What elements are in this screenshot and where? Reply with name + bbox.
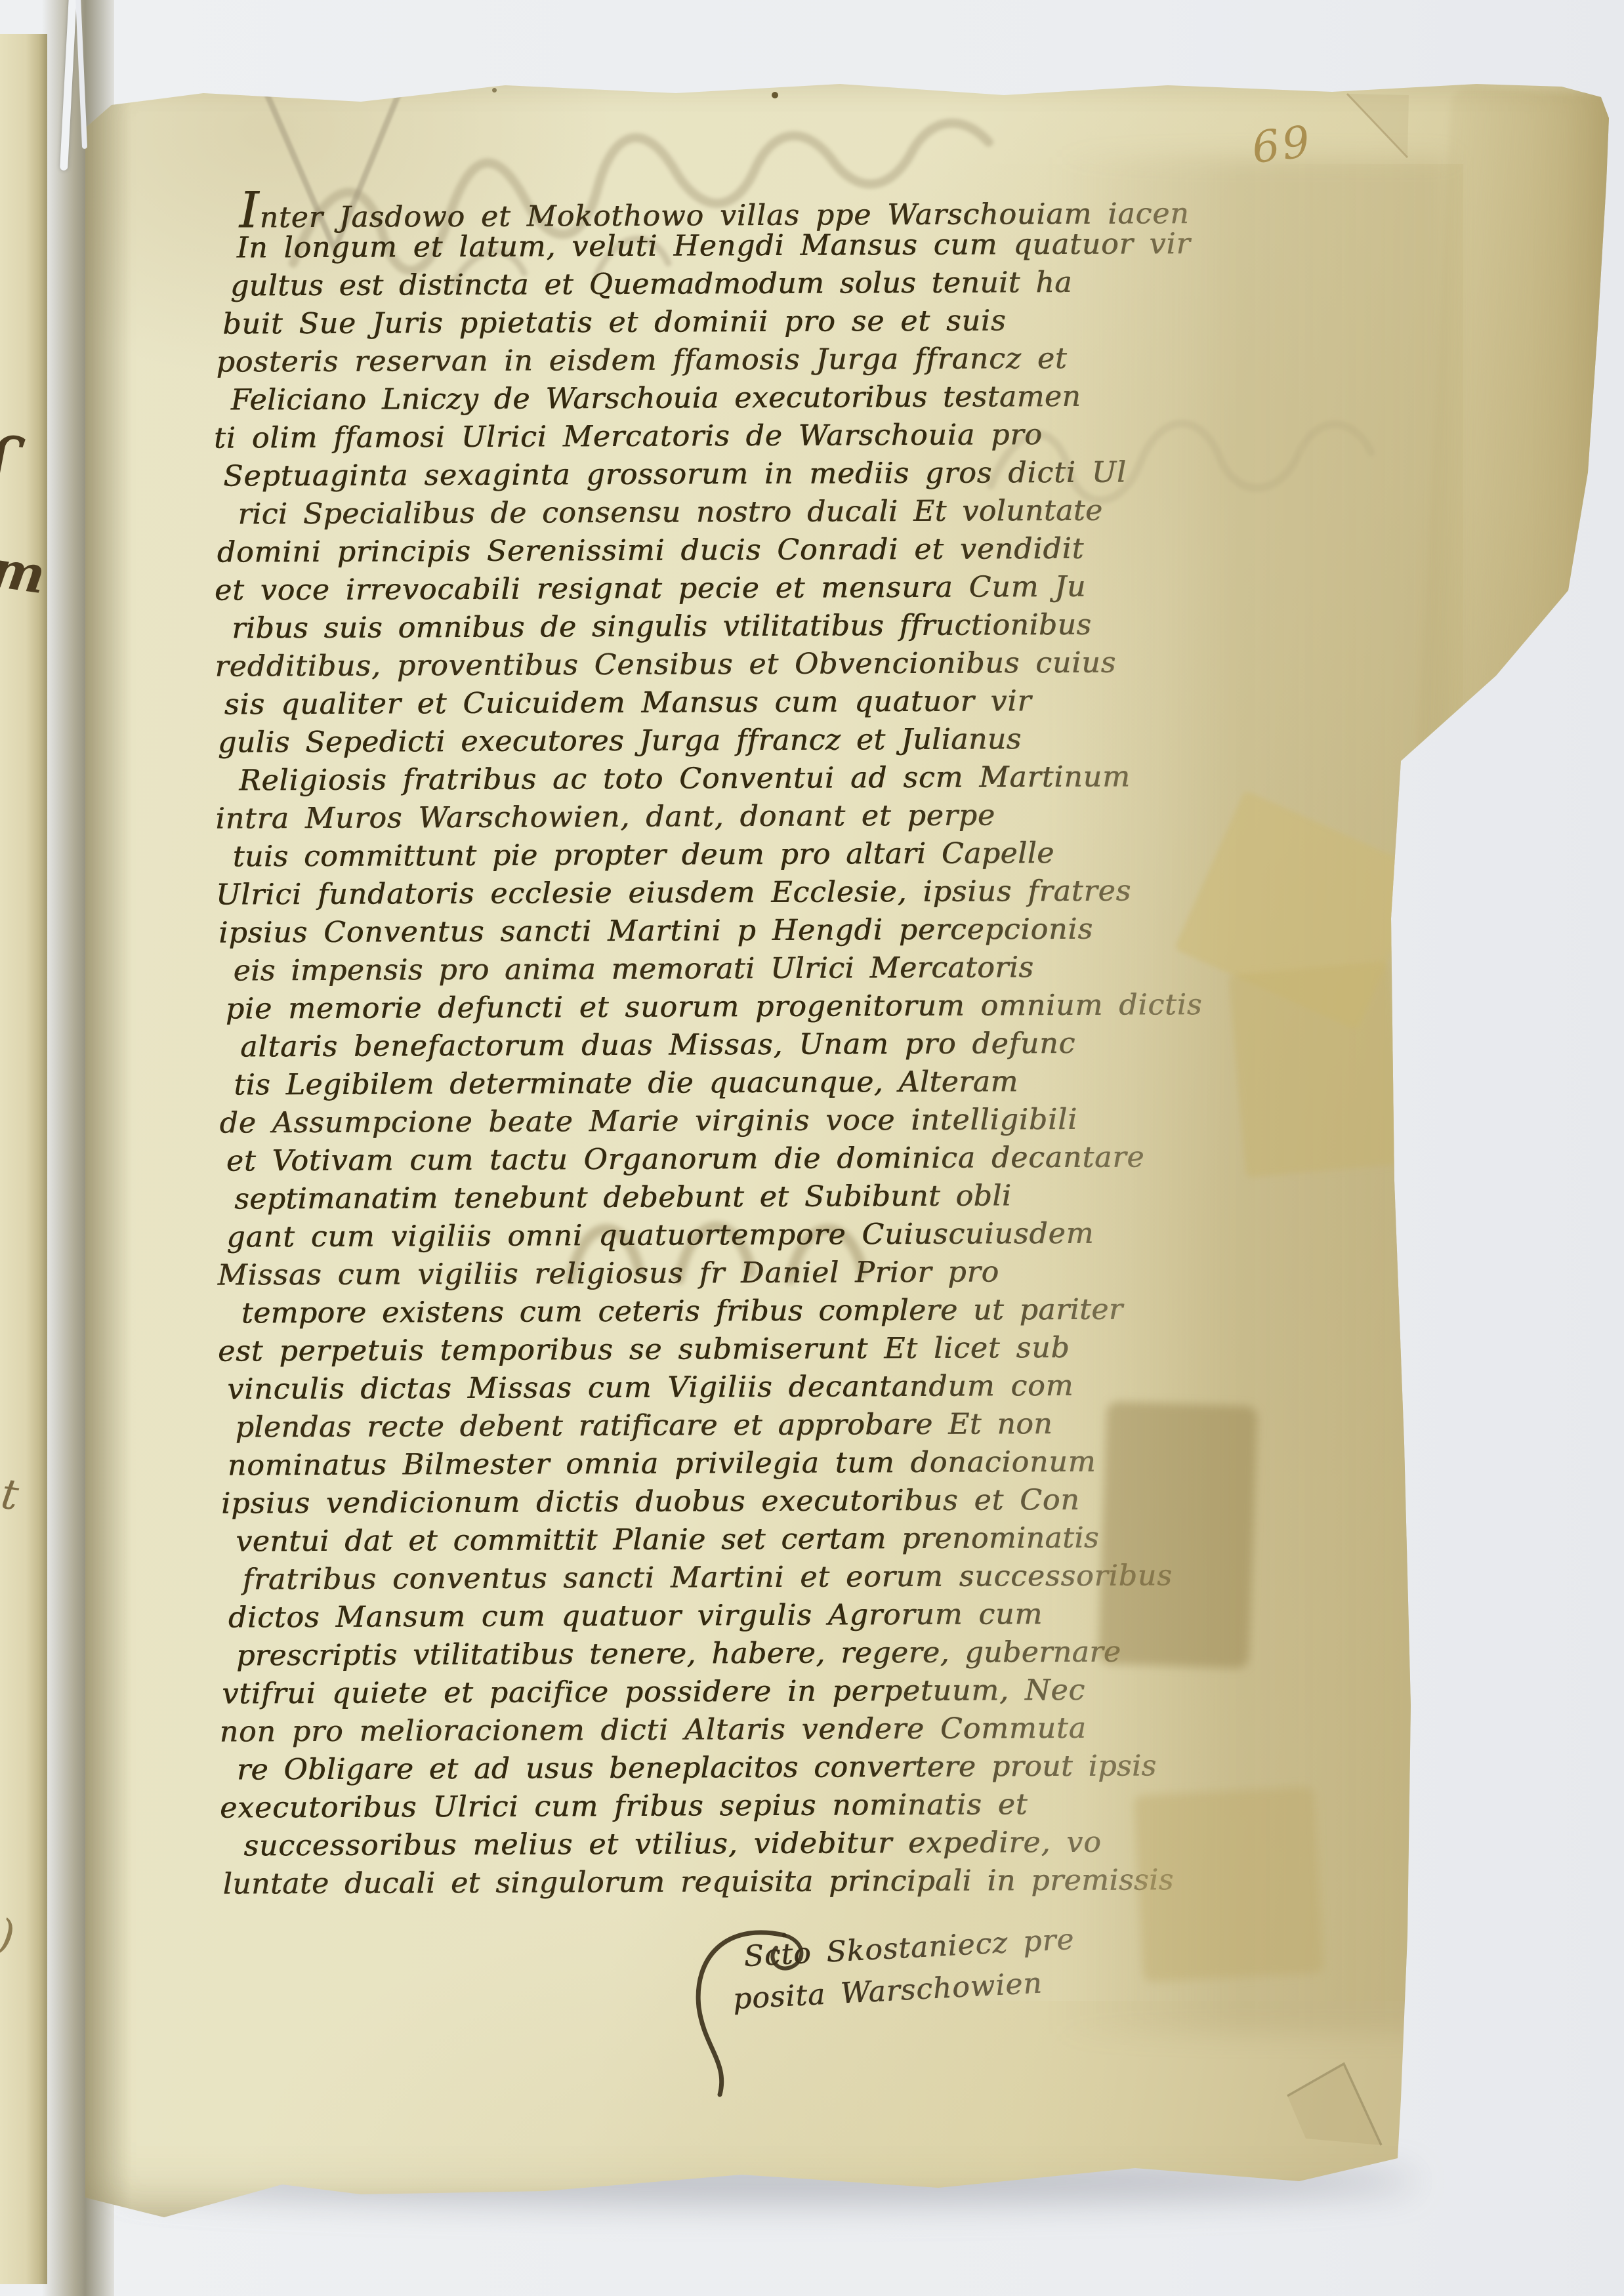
manuscript-line: est perpetuis temporibus se submiserunt … xyxy=(218,1328,1320,1370)
ink-speck xyxy=(772,92,778,98)
manuscript-line: domini principis Serenissimi ducis Conra… xyxy=(217,529,1317,571)
manuscript-line: intra Muros Warschowien, dant, donant et… xyxy=(215,795,1318,838)
manuscript-line: dictos Mansum cum quatuor virgulis Agror… xyxy=(228,1594,1322,1637)
manuscript-line: prescriptis vtilitatibus tenere, habere,… xyxy=(236,1632,1322,1675)
facing-page-edge: ʃ m t ) xyxy=(0,34,47,2284)
scanned-manuscript: { "document": { "type": "medieval manusc… xyxy=(0,0,1624,2296)
manuscript-line: tis Legibilem determinate die quacunque,… xyxy=(234,1061,1319,1104)
manuscript-line: Religiosis fratribus ac toto Conventui a… xyxy=(239,757,1318,800)
margin-letter-fragment: ʃ xyxy=(0,420,16,513)
manuscript-line: ipsius vendicionum dictis duobus executo… xyxy=(221,1480,1321,1523)
corner-crease xyxy=(1335,82,1421,170)
gutter-shadow xyxy=(85,66,131,2224)
manuscript-line: gulis Sepedicti executores Jurga ffrancz… xyxy=(218,719,1318,762)
manuscript-line: posteris reservan in eisdem ffamosis Jur… xyxy=(216,338,1316,381)
manuscript-line: Feliciano Lniczy de Warschouia executori… xyxy=(231,377,1316,419)
manuscript-line: non pro melioracionem dicti Altaris vend… xyxy=(219,1708,1322,1751)
margin-letter-fragment: m xyxy=(0,539,47,606)
manuscript-line: vinculis dictas Missas cum Vigiliis deca… xyxy=(227,1366,1320,1408)
manuscript-page: 69 Inter Jasdowo et Mokothowo villas ppe… xyxy=(85,66,1614,2224)
manuscript-line: sis qualiter et Cuicuidem Mansus cum qua… xyxy=(224,681,1318,724)
manuscript-line: executoribus Ulrici cum fribus sepius no… xyxy=(220,1784,1322,1827)
manuscript-line: fratribus conventus sancti Martini et eo… xyxy=(242,1556,1321,1599)
manuscript-line: Septuaginta sexaginta grossorum in medii… xyxy=(223,453,1316,495)
manuscript-line: gultus est distincta et Quemadmodum solu… xyxy=(230,262,1316,305)
manuscript-line: successoribus melius et vtilius, videbit… xyxy=(243,1822,1322,1865)
margin-letter-fragment: ) xyxy=(0,1910,18,1962)
dogear-fold xyxy=(1280,2040,1404,2167)
manuscript-line: septimanatim tenebunt debebunt et Subibu… xyxy=(234,1176,1320,1218)
manuscript-line: ventui dat et committit Planie set certa… xyxy=(236,1518,1321,1561)
manuscript-line: tempore existens cum ceteris fribus comp… xyxy=(241,1290,1320,1332)
manuscript-line: pie memorie defuncti et suorum progenito… xyxy=(226,985,1319,1028)
folio-number: 69 xyxy=(1249,116,1316,174)
manuscript-line: ribus suis omnibus de singulis vtilitati… xyxy=(232,605,1317,647)
manuscript-line: ti olim ffamosi Ulrici Mercatoris de War… xyxy=(214,415,1316,457)
manuscript-line: et voce irrevocabili resignat pecie et m… xyxy=(215,567,1317,609)
manuscript-line: luntate ducali et singulorum requisita p… xyxy=(222,1860,1322,1903)
manuscript-line: gant cum vigiliis omni quatuortempore Cu… xyxy=(226,1214,1320,1256)
manuscript-line: re Obligare et ad usus beneplacitos conv… xyxy=(237,1746,1322,1789)
ink-speck xyxy=(492,88,497,92)
manuscript-line: plendas recte debent ratificare et appro… xyxy=(235,1404,1320,1446)
manuscript-line: buit Sue Juris ppietatis et dominii pro … xyxy=(222,300,1316,343)
manuscript-line: eis impensis pro anima memorati Ulrici M… xyxy=(233,947,1318,990)
manuscript-line: Inter Jasdowo et Mokothowo villas ppe Wa… xyxy=(239,186,1315,229)
manuscript-line: redditibus, proventibus Censibus et Obve… xyxy=(215,643,1317,686)
signature-flourish xyxy=(679,1919,830,2118)
manuscript-line: Ulrici fundatoris ecclesie eiusdem Eccle… xyxy=(216,871,1318,914)
manuscript-line: rici Specialibus de consensu nostro duca… xyxy=(238,491,1316,533)
manuscript-line: vtifrui quiete et pacifice possidere in … xyxy=(222,1670,1322,1713)
margin-letter-fragment: t xyxy=(0,1470,22,1521)
manuscript-line: altaris benefactorum duas Missas, Unam p… xyxy=(240,1023,1319,1066)
manuscript-line: ipsius Conventus sancti Martini p Hengdi… xyxy=(219,909,1318,952)
manuscript-line: Missas cum vigiliis religiosus fr Daniel… xyxy=(217,1252,1320,1294)
manuscript-line: nominatus Bilmester omnia privilegia tum… xyxy=(228,1442,1321,1485)
fore-edge-stain xyxy=(1416,87,1624,771)
manuscript-text-block: Inter Jasdowo et Mokothowo villas ppe Wa… xyxy=(213,186,1322,1903)
manuscript-line: et Votivam cum tactu Organorum die domin… xyxy=(226,1138,1320,1180)
manuscript-line: de Assumpcione beate Marie virginis voce… xyxy=(219,1099,1319,1142)
manuscript-line: In longum et latum, veluti Hengdi Mansus… xyxy=(237,224,1316,267)
manuscript-line: tuis committunt pie propter deum pro alt… xyxy=(233,833,1318,876)
